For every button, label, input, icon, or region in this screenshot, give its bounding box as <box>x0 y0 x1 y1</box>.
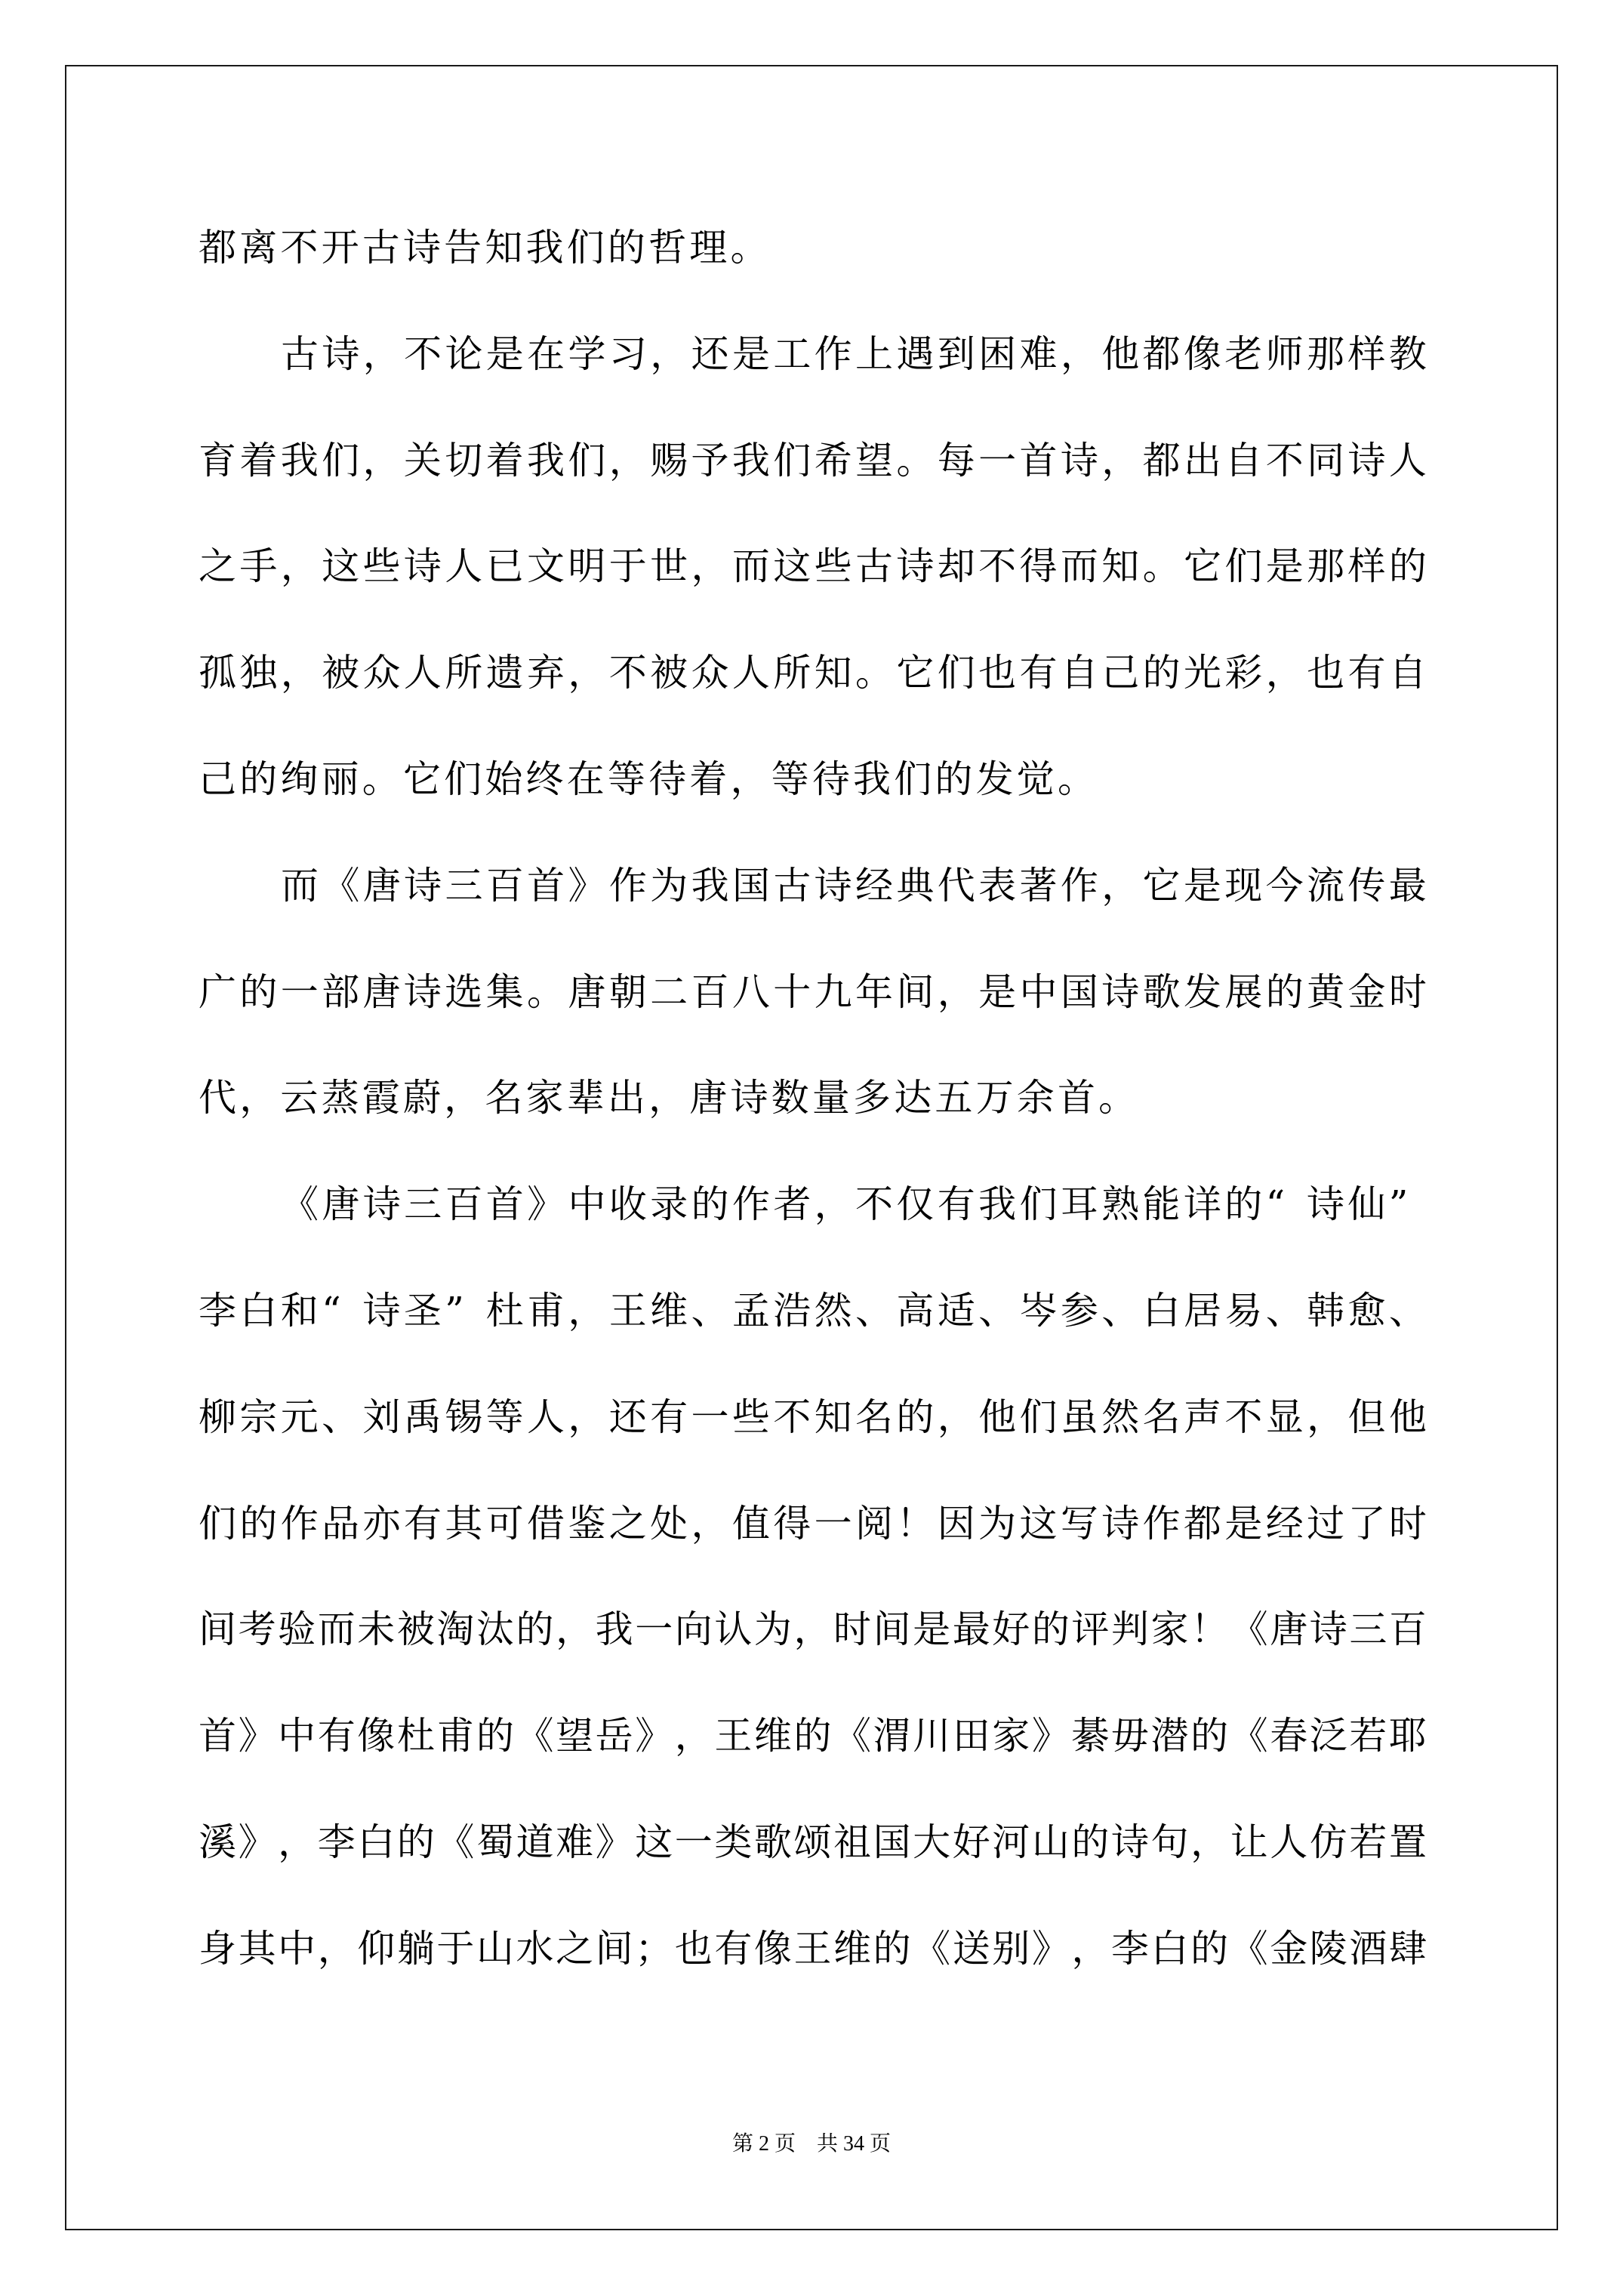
glyph: ， <box>363 438 401 483</box>
glyph: 。 <box>730 225 771 270</box>
glyph: 》 <box>1032 1926 1070 1971</box>
glyph: 杜 <box>397 1713 435 1758</box>
glyph: 中 <box>568 1182 606 1227</box>
glyph: 验 <box>278 1607 316 1652</box>
glyph: 首 <box>486 1182 524 1227</box>
text-line: 都离不开古诗告知我们的哲理。 <box>199 225 1427 270</box>
glyph: 《 <box>436 1820 474 1865</box>
glyph: 声 <box>1184 1395 1221 1440</box>
glyph: ， <box>730 757 771 802</box>
glyph: 朝 <box>609 969 647 1015</box>
glyph: 家 <box>526 1075 567 1120</box>
glyph: 中 <box>278 1713 316 1758</box>
glyph: 些 <box>815 544 852 589</box>
glyph: 老 <box>1224 331 1262 377</box>
glyph: 好 <box>953 1820 990 1865</box>
glyph: 《 <box>281 1182 319 1227</box>
glyph: 而 <box>281 863 319 908</box>
glyph: 有 <box>1348 650 1386 695</box>
glyph: 之 <box>556 1926 593 1971</box>
glyph: 是 <box>1266 544 1304 589</box>
glyph: 三 <box>404 1182 442 1227</box>
glyph: 赐 <box>650 438 688 483</box>
glyph: 的 <box>1071 1820 1109 1865</box>
glyph: 》 <box>527 1182 565 1227</box>
glyph: ” <box>445 1288 482 1333</box>
text-line: 之手，这些诗人已文明于世，而这些古诗却不得而知。它们是那样的 <box>199 544 1427 589</box>
glyph: 阅 <box>855 1501 893 1546</box>
text-line: 柳宗元、刘禹锡等人，还有一些不知名的，他们虽然名声不显，但他 <box>199 1395 1427 1440</box>
glyph: ， <box>568 650 605 695</box>
glyph: 每 <box>938 438 975 483</box>
glyph: 们 <box>568 438 605 483</box>
glyph: 维 <box>754 1713 792 1758</box>
glyph: 代 <box>938 863 975 908</box>
glyph: 别 <box>992 1926 1030 1971</box>
glyph: 甫 <box>436 1713 474 1758</box>
glyph: 杜 <box>486 1288 524 1333</box>
glyph: ， <box>278 1820 316 1865</box>
glyph: 已 <box>486 544 524 589</box>
glyph: 我 <box>281 438 319 483</box>
glyph: 白 <box>1143 1288 1181 1333</box>
glyph: 始 <box>485 757 525 802</box>
glyph: 《 <box>516 1713 554 1758</box>
glyph: 最 <box>953 1607 990 1652</box>
glyph: 山 <box>1032 1820 1070 1865</box>
glyph: 白 <box>1151 1926 1189 1971</box>
glyph: 蒸 <box>322 1075 362 1120</box>
glyph: 愈 <box>1348 1288 1386 1333</box>
glyph: 现 <box>1224 863 1262 908</box>
text-line: 李白和“诗圣”杜甫，王维、孟浩然、高适、岑参、白居易、韩愈、 <box>199 1288 1427 1333</box>
glyph: 为 <box>650 863 688 908</box>
glyph: 们 <box>894 757 935 802</box>
glyph: 有 <box>404 1501 442 1546</box>
glyph: 一 <box>635 1607 673 1652</box>
glyph: 文 <box>527 544 565 589</box>
glyph: 像 <box>357 1713 395 1758</box>
glyph: 学 <box>568 331 606 377</box>
glyph: 们 <box>444 757 485 802</box>
glyph: 诗 <box>403 225 444 270</box>
glyph: 《 <box>833 1713 871 1758</box>
glyph: 渭 <box>873 1713 911 1758</box>
glyph: 切 <box>445 438 482 483</box>
glyph: 河 <box>992 1820 1030 1865</box>
glyph: 难 <box>1019 331 1057 377</box>
text-line: 孤独，被众人所遗弃，不被众人所知。它们也有自己的光彩，也有自 <box>199 650 1427 695</box>
glyph: 人 <box>527 1395 565 1440</box>
glyph: 发 <box>976 757 1017 802</box>
glyph: 被 <box>322 650 359 695</box>
glyph: 八 <box>732 969 770 1015</box>
glyph: 作 <box>609 863 647 908</box>
glyph: ， <box>815 1182 852 1227</box>
glyph: 百 <box>1389 1607 1427 1652</box>
glyph: 遇 <box>896 331 934 377</box>
glyph: 我 <box>978 1182 1016 1227</box>
glyph: 我 <box>691 863 729 908</box>
text-line: 们的作品亦有其可借鉴之处，值得一阅！因为这写诗作都是经过了时 <box>199 1501 1427 1546</box>
glyph: 类 <box>714 1820 752 1865</box>
glyph: 的 <box>1224 1182 1262 1227</box>
glyph: 工 <box>773 331 811 377</box>
glyph: 我 <box>527 438 565 483</box>
glyph: 而 <box>732 544 770 589</box>
glyph: 人 <box>732 650 770 695</box>
glyph: 霞 <box>362 1075 403 1120</box>
glyph: 不 <box>609 650 647 695</box>
glyph: 人 <box>445 544 482 589</box>
glyph: 为 <box>978 1501 1016 1546</box>
glyph: 肆 <box>1389 1926 1427 1971</box>
glyph: 一 <box>978 438 1016 483</box>
glyph: 名 <box>485 1075 525 1120</box>
glyph: 田 <box>953 1713 990 1758</box>
glyph: 。 <box>527 969 565 1015</box>
glyph: 间 <box>896 969 934 1015</box>
glyph: 。 <box>1143 544 1181 589</box>
glyph: 中 <box>278 1926 316 1971</box>
glyph: 告 <box>444 225 485 270</box>
glyph: 着 <box>239 438 277 483</box>
glyph: 写 <box>1061 1501 1098 1546</box>
glyph: 句 <box>1151 1820 1189 1865</box>
glyph: 参 <box>1061 1288 1098 1333</box>
glyph: 耶 <box>1389 1713 1427 1758</box>
glyph: 也 <box>978 650 1016 695</box>
glyph: 待 <box>648 757 689 802</box>
glyph: 明 <box>568 544 605 589</box>
glyph: ， <box>938 969 975 1015</box>
glyph: 国 <box>873 1820 911 1865</box>
glyph: 哲 <box>648 225 689 270</box>
glyph: 那 <box>1307 331 1344 377</box>
glyph: 这 <box>322 544 359 589</box>
glyph: 维 <box>833 1926 871 1971</box>
glyph: 》 <box>596 1820 633 1865</box>
glyph: 还 <box>691 331 729 377</box>
glyph: 己 <box>1101 650 1139 695</box>
glyph: 知 <box>815 650 852 695</box>
glyph: 难 <box>556 1820 593 1865</box>
glyph: 水 <box>516 1926 554 1971</box>
glyph: ， <box>650 331 688 377</box>
glyph: 有 <box>1020 650 1058 695</box>
glyph: 集 <box>486 969 524 1015</box>
glyph: 一 <box>691 1395 729 1440</box>
glyph: 辈 <box>567 1075 608 1120</box>
text-line: 育着我们，关切着我们，赐予我们希望。每一首诗，都出自不同诗人 <box>199 438 1427 483</box>
glyph: 不 <box>855 1182 893 1227</box>
glyph: 自 <box>1389 650 1427 695</box>
glyph: 王 <box>609 1288 647 1333</box>
glyph: 人 <box>1389 438 1427 483</box>
glyph: 的 <box>1190 1926 1228 1971</box>
glyph: 等 <box>486 1395 524 1440</box>
glyph: 遗 <box>486 650 524 695</box>
glyph: 能 <box>1143 1182 1181 1227</box>
glyph: 岳 <box>596 1713 633 1758</box>
glyph: 元 <box>281 1395 319 1440</box>
glyph: 彩 <box>1224 650 1262 695</box>
glyph: 在 <box>567 757 608 802</box>
glyph: 时 <box>1389 969 1427 1015</box>
glyph: 的 <box>1266 969 1304 1015</box>
glyph: 唐 <box>689 1075 730 1120</box>
glyph: ， <box>239 1075 280 1120</box>
glyph: 金 <box>1348 969 1386 1015</box>
glyph: “ <box>322 1288 359 1333</box>
glyph: 着 <box>486 438 524 483</box>
glyph: 理 <box>689 225 730 270</box>
glyph: 春 <box>1270 1713 1307 1758</box>
glyph: 得 <box>1020 544 1058 589</box>
glyph: 仙 <box>1347 1182 1385 1227</box>
glyph: 歌 <box>754 1820 792 1865</box>
glyph: 是 <box>1224 1501 1262 1546</box>
glyph: 》 <box>239 1820 276 1865</box>
glyph: 考 <box>239 1607 276 1652</box>
text-line: 而《唐诗三百首》作为我国古诗经典代表著作，它是现今流传最 <box>281 863 1427 908</box>
glyph: 歌 <box>1143 969 1181 1015</box>
glyph: 所 <box>445 650 482 695</box>
glyph: 们 <box>567 225 608 270</box>
glyph: 待 <box>812 757 853 802</box>
glyph: 祖 <box>833 1820 871 1865</box>
text-line: 溪》，李白的《蜀道难》这一类歌颂祖国大好河山的诗句，让人仿若置 <box>199 1820 1427 1865</box>
glyph: 代 <box>199 1075 239 1120</box>
glyph: 年 <box>855 969 893 1015</box>
glyph: 但 <box>1348 1395 1386 1440</box>
glyph: 诗 <box>404 544 442 589</box>
glyph: 唐 <box>363 863 401 908</box>
glyph: 诗 <box>1061 438 1098 483</box>
glyph: 样 <box>1347 331 1385 377</box>
glyph: 不 <box>978 544 1016 589</box>
glyph: ， <box>793 1607 831 1652</box>
glyph: 的 <box>1389 544 1427 589</box>
glyph: 古 <box>773 863 811 908</box>
glyph: 不 <box>404 331 442 377</box>
glyph: 。 <box>896 438 934 483</box>
glyph: 之 <box>199 544 236 589</box>
glyph: ， <box>281 650 319 695</box>
text-line: 代，云蒸霞蔚，名家辈出，唐诗数量多达五万余首。 <box>199 1075 1427 1120</box>
glyph: 向 <box>675 1607 713 1652</box>
glyph: 习 <box>609 331 647 377</box>
glyph: 是 <box>978 969 1016 1015</box>
glyph: 诗 <box>1111 1820 1149 1865</box>
glyph: ， <box>1307 1395 1344 1440</box>
glyph: 人 <box>404 650 442 695</box>
glyph: 都 <box>199 225 239 270</box>
glyph: 身 <box>199 1926 236 1971</box>
glyph: 自 <box>1224 438 1262 483</box>
glyph: 关 <box>404 438 442 483</box>
glyph: 还 <box>609 1395 647 1440</box>
glyph: 诗 <box>1101 1501 1139 1546</box>
glyph: 诗 <box>1307 1182 1344 1227</box>
glyph: 的 <box>608 225 648 270</box>
glyph: 着 <box>689 757 730 802</box>
glyph: 间 <box>199 1607 236 1652</box>
glyph: 出 <box>1184 438 1221 483</box>
glyph: 弃 <box>527 650 565 695</box>
glyph: 是 <box>732 331 770 377</box>
text-line: 身其中，仰躺于山水之间；也有像王维的《送别》，李白的《金陵酒肆 <box>199 1926 1427 1971</box>
text-line: 广的一部唐诗选集。唐朝二百八十九年间，是中国诗歌发展的黄金时 <box>199 969 1427 1015</box>
glyph: 的 <box>691 1182 729 1227</box>
glyph: 、 <box>1389 1288 1427 1333</box>
glyph: ” <box>1389 1182 1427 1227</box>
glyph: 育 <box>199 438 236 483</box>
glyph: 古 <box>855 544 893 589</box>
glyph: 陵 <box>1310 1926 1347 1971</box>
glyph: 酒 <box>1349 1926 1387 1971</box>
glyph: 仅 <box>896 1182 934 1227</box>
glyph: 作 <box>815 331 852 377</box>
glyph: ， <box>1071 1926 1109 1971</box>
glyph: 宗 <box>239 1395 277 1440</box>
glyph: ， <box>691 544 729 589</box>
glyph: 其 <box>445 1501 482 1546</box>
glyph: 被 <box>650 650 688 695</box>
glyph: 像 <box>754 1926 792 1971</box>
glyph: 绚 <box>280 757 321 802</box>
glyph: 《 <box>1230 1713 1268 1758</box>
glyph: 困 <box>978 331 1016 377</box>
glyph: 作 <box>732 1182 770 1227</box>
glyph: 诗 <box>1348 438 1386 483</box>
glyph: 蜀 <box>476 1820 514 1865</box>
glyph: 虽 <box>1061 1395 1098 1440</box>
glyph: 他 <box>978 1395 1016 1440</box>
glyph: 的 <box>896 1395 934 1440</box>
glyph: 们 <box>322 438 359 483</box>
glyph: ， <box>1061 331 1098 377</box>
glyph: 世 <box>650 544 688 589</box>
glyph: 经 <box>1266 1501 1304 1546</box>
glyph: 圣 <box>404 1288 442 1333</box>
glyph: 著 <box>1019 863 1057 908</box>
glyph: 于 <box>436 1926 474 1971</box>
glyph: 不 <box>773 1395 811 1440</box>
glyph: 诗 <box>404 863 442 908</box>
glyph: 知 <box>485 225 525 270</box>
glyph: 让 <box>1230 1820 1268 1865</box>
glyph: 作 <box>1143 1501 1181 1546</box>
glyph: 在 <box>527 331 565 377</box>
glyph: 李 <box>318 1820 356 1865</box>
glyph: 王 <box>793 1926 831 1971</box>
glyph: 自 <box>1061 650 1098 695</box>
glyph: 《 <box>1230 1926 1268 1971</box>
glyph: 表 <box>978 863 1016 908</box>
glyph: 然 <box>1101 1395 1139 1440</box>
glyph: 居 <box>1184 1288 1221 1333</box>
glyph: 予 <box>691 438 729 483</box>
glyph: 的 <box>793 1713 831 1758</box>
glyph: 是 <box>486 331 524 377</box>
glyph: 等 <box>608 757 648 802</box>
glyph: 、 <box>322 1395 359 1440</box>
glyph: 诗 <box>730 1075 771 1120</box>
text-line: 《唐诗三百首》中收录的作者，不仅有我们耳熟能详的“诗仙” <box>281 1182 1427 1227</box>
glyph: 的 <box>873 1926 911 1971</box>
glyph: 万 <box>976 1075 1017 1120</box>
glyph: 诗 <box>363 1288 401 1333</box>
glyph: 大 <box>913 1820 950 1865</box>
glyph: 都 <box>1143 438 1181 483</box>
glyph: 首 <box>1058 1075 1098 1120</box>
glyph: 鉴 <box>568 1501 605 1546</box>
glyph: 的 <box>239 969 277 1015</box>
glyph: 岑 <box>1020 1288 1058 1333</box>
glyph: 展 <box>1224 969 1262 1015</box>
glyph: 人 <box>1270 1820 1307 1865</box>
glyph: 所 <box>773 650 811 695</box>
glyph: 独 <box>239 650 277 695</box>
glyph: ， <box>675 1713 713 1758</box>
glyph: 间 <box>596 1926 633 1971</box>
glyph: 。 <box>362 757 403 802</box>
glyph: 他 <box>1389 1395 1427 1440</box>
glyph: 有 <box>938 1182 975 1227</box>
glyph: 知 <box>1101 544 1139 589</box>
glyph: 也 <box>675 1926 713 1971</box>
glyph: 传 <box>1347 863 1385 908</box>
glyph: 诗 <box>1310 1607 1347 1652</box>
glyph: 《 <box>322 863 359 908</box>
glyph: 而 <box>1061 544 1098 589</box>
glyph: 教 <box>1389 331 1427 377</box>
glyph: 我 <box>732 438 770 483</box>
glyph: 古 <box>362 225 403 270</box>
glyph: 李 <box>1111 1926 1149 1971</box>
glyph: 它 <box>1184 544 1221 589</box>
glyph: 同 <box>1307 438 1344 483</box>
glyph: 山 <box>476 1926 514 1971</box>
glyph: 可 <box>486 1501 524 1546</box>
glyph: 却 <box>938 544 975 589</box>
glyph: 淘 <box>436 1607 474 1652</box>
glyph: 今 <box>1266 863 1304 908</box>
glyph: 。 <box>855 650 893 695</box>
glyph: 。 <box>1058 757 1098 802</box>
glyph: 躺 <box>397 1926 435 1971</box>
glyph: 不 <box>1224 1395 1262 1440</box>
glyph: ， <box>1101 438 1139 483</box>
glyph: 一 <box>675 1820 713 1865</box>
glyph: 不 <box>1266 438 1304 483</box>
glyph: 些 <box>732 1395 770 1440</box>
glyph: 己 <box>199 757 239 802</box>
glyph: 我 <box>526 225 567 270</box>
glyph: ， <box>363 331 401 377</box>
glyph: 终 <box>526 757 567 802</box>
glyph: 希 <box>815 438 852 483</box>
glyph: 认 <box>714 1607 752 1652</box>
glyph: 适 <box>938 1288 975 1333</box>
glyph: 国 <box>732 863 770 908</box>
glyph: 值 <box>732 1501 770 1546</box>
glyph: 上 <box>855 331 893 377</box>
glyph: 九 <box>815 969 852 1015</box>
glyph: 若 <box>1349 1713 1387 1758</box>
glyph: 丽 <box>322 757 362 802</box>
